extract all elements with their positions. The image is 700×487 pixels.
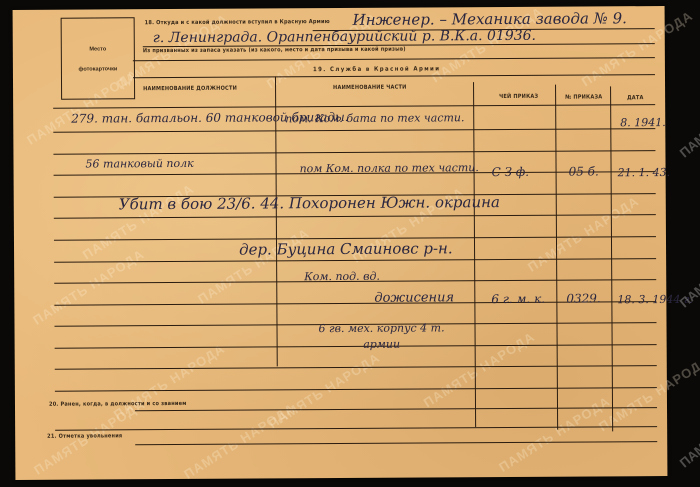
section-21-label: 21. Отметка увольнения: [47, 433, 122, 439]
watermark: ПАМЯТЬ НАРОДА: [496, 393, 613, 475]
rule: [133, 57, 655, 61]
section-18-sublabel: Из призванных из запаса указать (из како…: [143, 47, 406, 55]
rule: [133, 74, 655, 78]
row-1-unit: пом. Ком. бата по тех части.: [285, 111, 464, 125]
section-19-label: 19. Служба в Красной Армии: [313, 65, 441, 73]
row-4-unit: дожисения: [374, 290, 454, 305]
section-20-label: 20. Ранен, когда, в должности и со звани…: [49, 401, 187, 408]
photo-placeholder-box: Место фотокарточки: [61, 17, 135, 99]
watermark: ПАМЯТЬ НАРОДА: [525, 193, 642, 275]
watermark-side: ПАМЯТЬ НАРОДА: [677, 75, 700, 161]
rule: [53, 128, 655, 133]
section-18-label: 18. Откуда и с какой должности вступил в…: [145, 19, 330, 26]
section-18-value-1: Инженер. – Механика завода № 9.: [353, 9, 627, 29]
row-2-position: 56 танковый полк: [85, 157, 193, 171]
personnel-record-card: ПАМЯТЬ НАРОДА ПАМЯТЬ НАРОДА ПАМЯТЬ НАРОД…: [13, 6, 668, 480]
death-note-line-1: Убит в бою 23/6. 44. Похоронен Южн. окра…: [119, 193, 500, 213]
watermark-side: ПАМЯТЬ НАРОДА: [677, 385, 700, 471]
row-4-order-no: 0329.: [566, 291, 600, 305]
rule: [53, 104, 655, 109]
death-note-line-2: дер. Буцина Смаиновс р-н.: [239, 239, 453, 258]
row-2-date: 21. 1. 43.: [618, 166, 671, 179]
col-header-order-by: ЧЕЙ ПРИКАЗ: [499, 94, 538, 100]
row-5-unit: 6 гв. мех. корпус 4 т. армии: [306, 320, 456, 353]
col-header-date: ДАТА: [627, 95, 644, 101]
row-2-unit: пом Ком. полка по тех части.: [300, 161, 479, 175]
row-1-date: 8. 1941.: [620, 116, 666, 129]
rule: [53, 150, 655, 155]
watermark-side: ПАМЯТЬ НАРОДА: [677, 225, 700, 311]
photo-label: Место: [62, 46, 134, 52]
rule: [135, 441, 657, 445]
col-header-position: НАИМЕНОВАНИЕ ДОЛЖНОСТИ: [143, 86, 237, 93]
row-2-order-no: 05 б.: [569, 164, 599, 178]
row-2-order-by: С З ф.: [492, 165, 530, 179]
row-3-unit: Ком. под. вд.: [304, 270, 380, 283]
col-header-unit: НАИМЕНОВАНИЕ ЧАСТИ: [333, 85, 407, 91]
col-header-order-no: № ПРИКАЗА: [565, 94, 602, 100]
photo-label: фотокарточки: [62, 66, 134, 72]
row-4-order-by: 6 г. м. к.: [491, 292, 545, 306]
watermark: ПАМЯТЬ НАРОДА: [181, 400, 298, 482]
